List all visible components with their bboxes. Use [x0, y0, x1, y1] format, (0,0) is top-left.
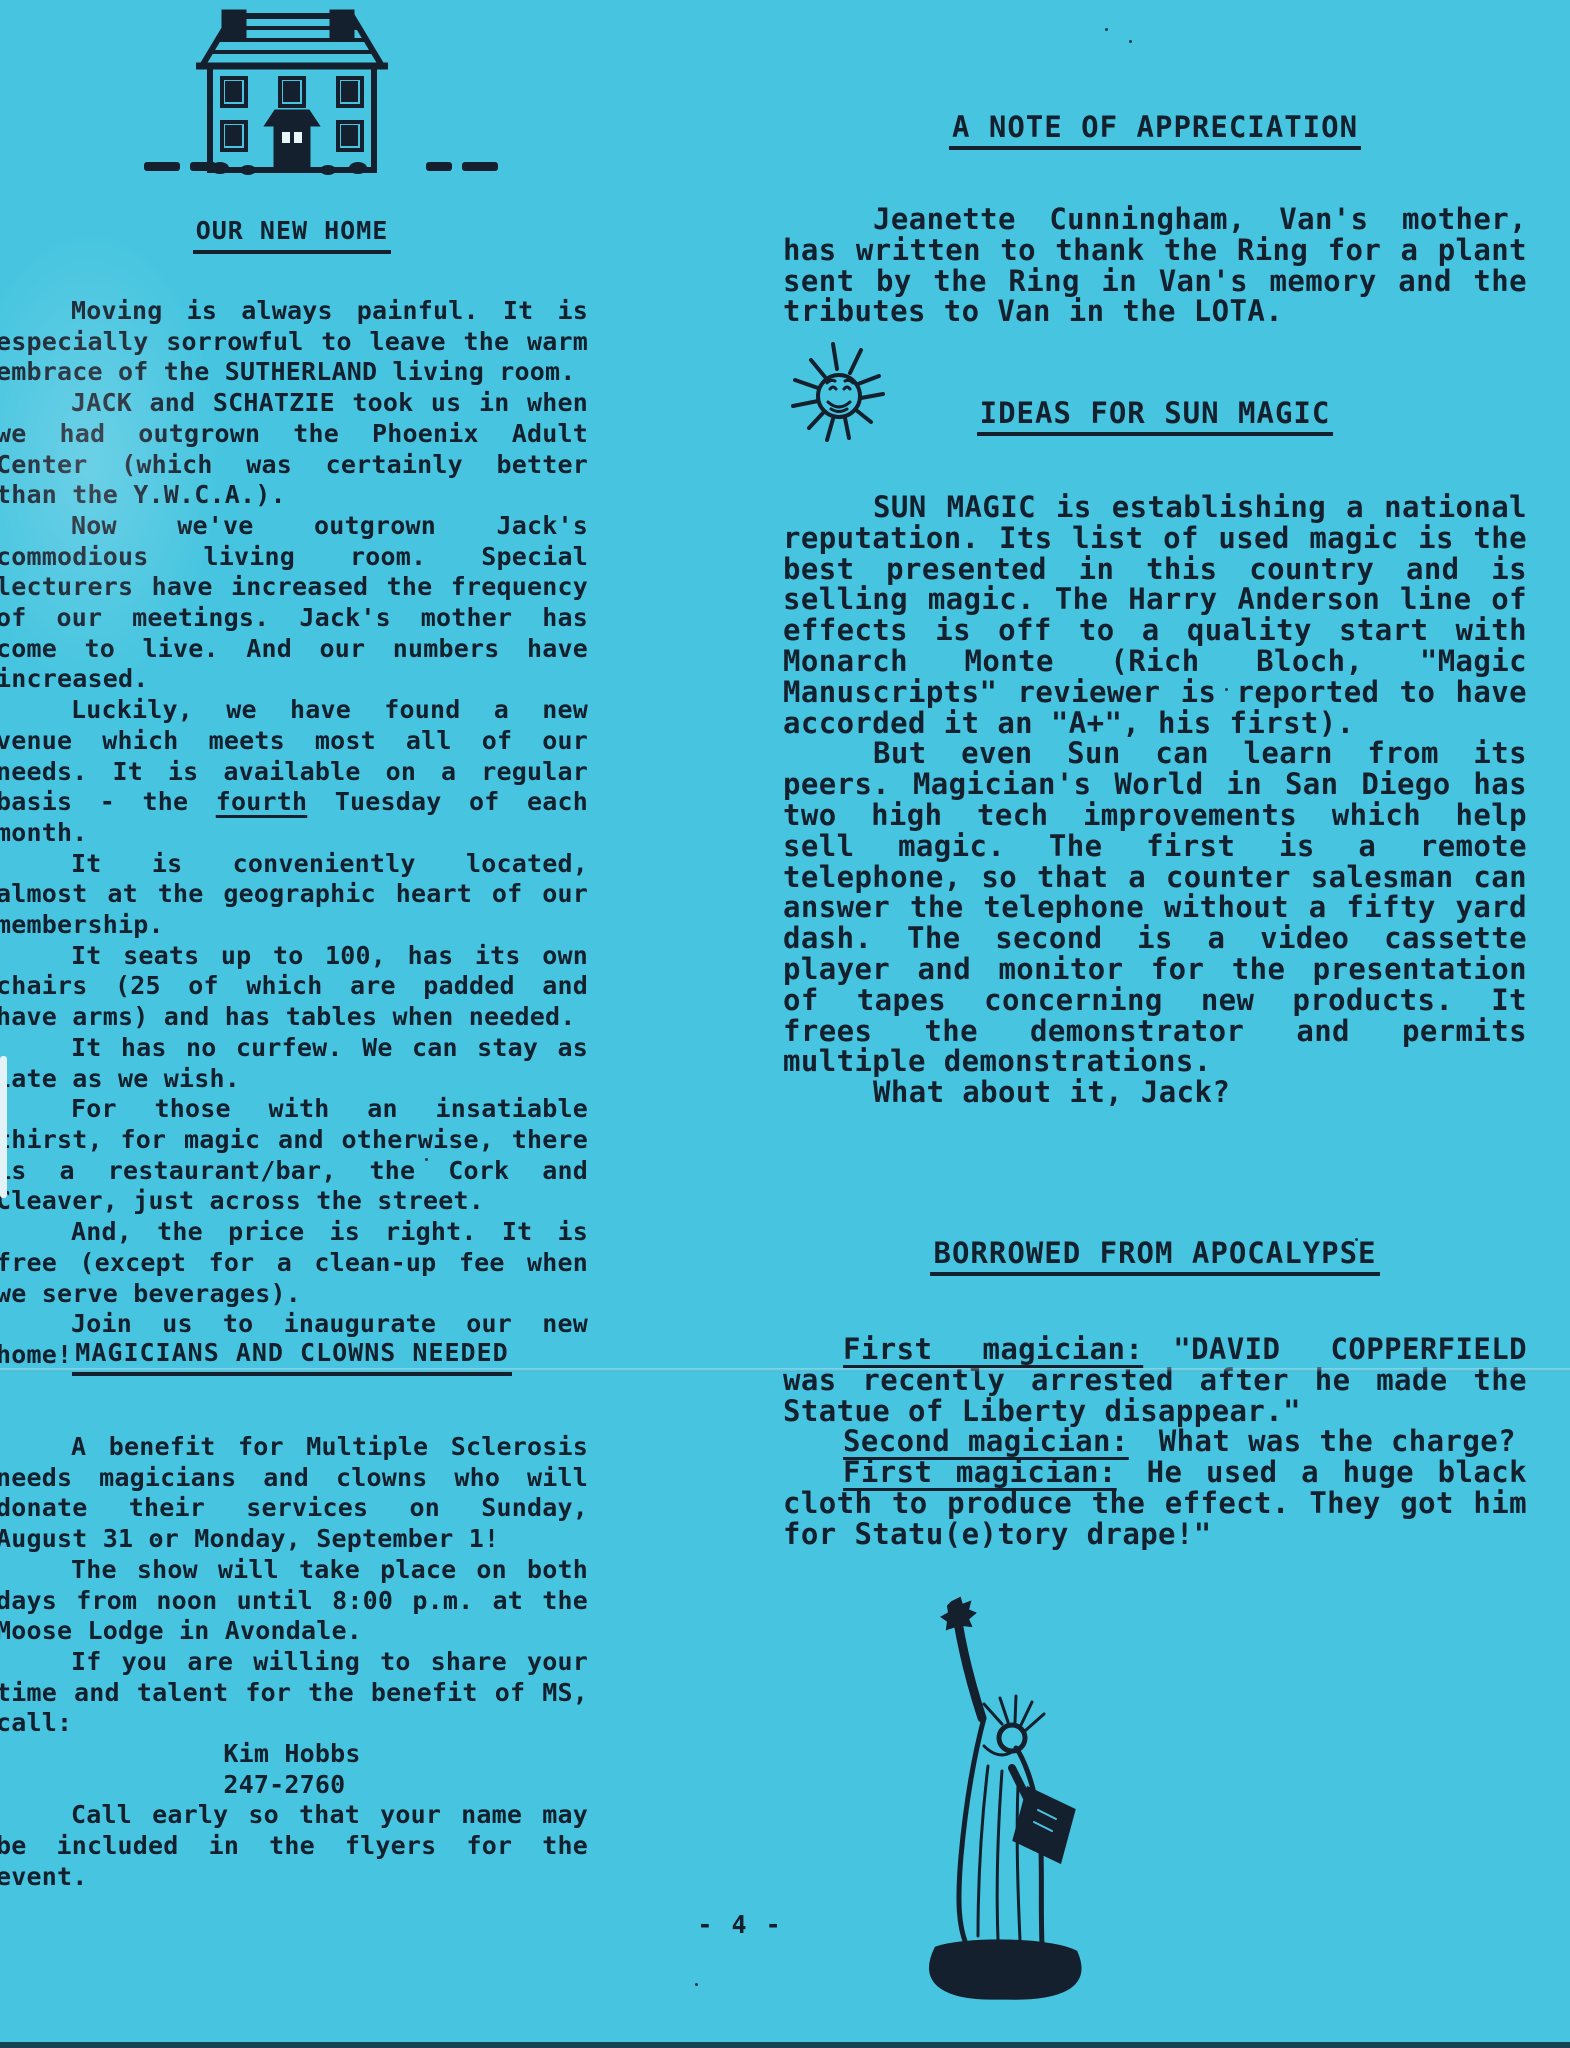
paragraph: SUN MAGIC is establishing a national rep… — [783, 492, 1527, 738]
paper-speckles — [1105, 28, 1108, 31]
fold-crease — [0, 1368, 1570, 1372]
contact-phone: 247-2760 — [223, 1770, 360, 1801]
house-icon-svg — [0, 4, 588, 202]
heading-note-of-appreciation: A NOTE OF APPRECIATION — [783, 112, 1527, 150]
dialogue-speaker: Second magician: — [843, 1424, 1129, 1458]
heading-borrowed-from-apocalypse: BORROWED FROM APOCALYPSE — [783, 1238, 1527, 1276]
contact-name: Kim Hobbs — [223, 1739, 360, 1770]
paper-stain — [0, 230, 220, 690]
venue-underlined-word: fourth — [216, 787, 308, 816]
scan-bottom-edge — [0, 2042, 1570, 2048]
paragraph: If you are willing to share your time an… — [0, 1647, 588, 1739]
paragraph-venue: Luckily, we have found a new venue which… — [0, 695, 588, 849]
paragraph: It is conveniently located, almost at th… — [0, 849, 588, 941]
statue-of-liberty-svg — [900, 1596, 1110, 2006]
paragraph: And, the price is right. It is free (exc… — [0, 1217, 588, 1309]
newsletter-page: OUR NEW HOME Moving is always painful. I… — [0, 0, 1570, 2048]
paragraph: A benefit for Multiple Sclerosis needs m… — [0, 1432, 588, 1555]
paragraph: Jeanette Cunningham, Van's mother, has w… — [783, 204, 1527, 327]
paragraph: Call early so that your name may be incl… — [0, 1800, 588, 1892]
paragraph: It has no curfew. We can stay as late as… — [0, 1033, 588, 1094]
article-note-of-appreciation: Jeanette Cunningham, Van's mother, has w… — [783, 204, 1527, 327]
house-icon — [0, 4, 588, 202]
dialogue-speaker: First magician: — [843, 1332, 1143, 1366]
dialogue-line: First magician:He used a huge black clot… — [783, 1457, 1527, 1549]
article-borrowed-dialogue: First magician:"DAVID COPPERFIELD was re… — [783, 1334, 1527, 1550]
paragraph: But even Sun can learn from its peers. M… — [783, 738, 1527, 1077]
statue-of-liberty-icon — [900, 1596, 1110, 2006]
dialogue-text: What was the charge? — [1159, 1424, 1516, 1458]
heading-our-new-home-text: OUR NEW HOME — [193, 216, 392, 254]
article-magicians-needed: A benefit for Multiple Sclerosis needs m… — [0, 1432, 588, 1893]
page-edge-sliver — [0, 1056, 7, 1198]
article-sun-magic: SUN MAGIC is establishing a national rep… — [783, 492, 1527, 1108]
heading-ideas-for-sun-magic: IDEAS FOR SUN MAGIC — [783, 398, 1527, 436]
heading-borrowed-from-apocalypse-text: BORROWED FROM APOCALYPSE — [930, 1238, 1379, 1276]
dialogue-line: First magician:"DAVID COPPERFIELD was re… — [783, 1334, 1527, 1426]
dialogue-line: Second magician:What was the charge? — [783, 1426, 1527, 1457]
dialogue-speaker: First magician: — [843, 1455, 1117, 1489]
contact-block: Kim Hobbs 247-2760 — [0, 1739, 588, 1800]
paragraph: The show will take place on both days fr… — [0, 1555, 588, 1647]
paragraph: What about it, Jack? — [783, 1077, 1527, 1108]
page-number: - 4 - — [655, 1910, 825, 1939]
heading-ideas-for-sun-magic-text: IDEAS FOR SUN MAGIC — [977, 398, 1334, 436]
paragraph: For those with an insatiable thirst, for… — [0, 1094, 588, 1217]
heading-note-of-appreciation-text: A NOTE OF APPRECIATION — [949, 112, 1361, 150]
paragraph: It seats up to 100, has its own chairs (… — [0, 941, 588, 1033]
